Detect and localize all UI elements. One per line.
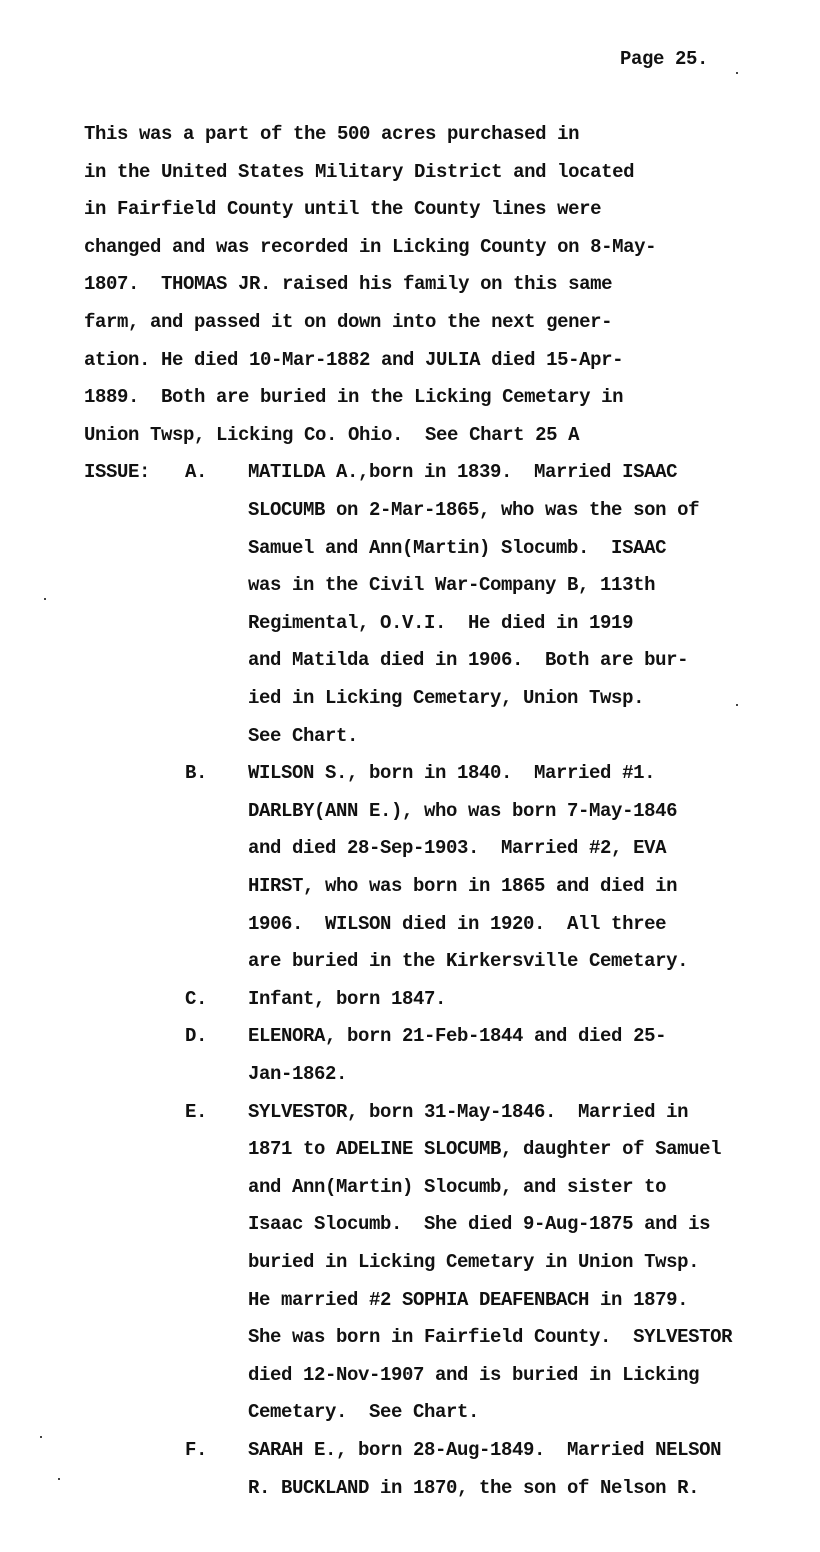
scan-speck — [736, 704, 738, 706]
issue-item-line: ELENORA, born 21-Feb-1844 and died 25- — [248, 1024, 666, 1048]
issue-item-line: Regimental, O.V.I. He died in 1919 — [248, 611, 633, 635]
issue-item-line: was in the Civil War-Company B, 113th — [248, 573, 655, 597]
scan-speck — [44, 598, 46, 600]
typewritten-page: Page 25. This was a part of the 500 acre… — [0, 0, 820, 1552]
issue-item-line: are buried in the Kirkersville Cemetary. — [248, 949, 688, 973]
issue-item-letter: C. — [185, 987, 207, 1011]
issue-item-line: Cemetary. See Chart. — [248, 1400, 479, 1424]
issue-item-line: Infant, born 1847. — [248, 987, 446, 1011]
issue-item-line: Samuel and Ann(Martin) Slocumb. ISAAC — [248, 536, 666, 560]
issue-item-line: 1906. WILSON died in 1920. All three — [248, 912, 666, 936]
issue-item-line: See Chart. — [248, 724, 358, 748]
issue-item-line: SLOCUMB on 2-Mar-1865, who was the son o… — [248, 498, 699, 522]
issue-item-line: ied in Licking Cemetary, Union Twsp. — [248, 686, 644, 710]
issue-item-line: MATILDA A.,born in 1839. Married ISAAC — [248, 460, 677, 484]
issue-item-letter: E. — [185, 1100, 207, 1124]
intro-line: farm, and passed it on down into the nex… — [84, 310, 612, 334]
issue-item-line: He married #2 SOPHIA DEAFENBACH in 1879. — [248, 1288, 688, 1312]
issue-item-line: buried in Licking Cemetary in Union Twsp… — [248, 1250, 699, 1274]
issue-item-line: and Ann(Martin) Slocumb, and sister to — [248, 1175, 666, 1199]
issue-item-line: SYLVESTOR, born 31-May-1846. Married in — [248, 1100, 688, 1124]
issue-item-letter: F. — [185, 1438, 207, 1462]
intro-line: 1807. THOMAS JR. raised his family on th… — [84, 272, 612, 296]
issue-item-line: 1871 to ADELINE SLOCUMB, daughter of Sam… — [248, 1137, 721, 1161]
issue-item-line: DARLBY(ANN E.), who was born 7-May-1846 — [248, 799, 677, 823]
scan-speck — [58, 1478, 60, 1480]
issue-item-letter: D. — [185, 1024, 207, 1048]
issue-item-line: and died 28-Sep-1903. Married #2, EVA — [248, 836, 666, 860]
issue-item-letter: B. — [185, 761, 207, 785]
issue-item-line: R. BUCKLAND in 1870, the son of Nelson R… — [248, 1476, 699, 1500]
intro-line: Union Twsp, Licking Co. Ohio. See Chart … — [84, 423, 579, 447]
scan-speck — [736, 72, 738, 74]
issue-label: ISSUE: — [84, 460, 150, 484]
issue-item-line: died 12-Nov-1907 and is buried in Lickin… — [248, 1363, 699, 1387]
issue-item-letter: A. — [185, 460, 207, 484]
issue-item-line: Jan-1862. — [248, 1062, 347, 1086]
intro-line: This was a part of the 500 acres purchas… — [84, 122, 579, 146]
issue-item-line: Isaac Slocumb. She died 9-Aug-1875 and i… — [248, 1212, 710, 1236]
intro-line: 1889. Both are buried in the Licking Cem… — [84, 385, 623, 409]
intro-line: in Fairfield County until the County lin… — [84, 197, 601, 221]
issue-item-line: She was born in Fairfield County. SYLVES… — [248, 1325, 732, 1349]
intro-line: changed and was recorded in Licking Coun… — [84, 235, 656, 259]
issue-item-line: HIRST, who was born in 1865 and died in — [248, 874, 677, 898]
page-number: Page 25. — [620, 48, 708, 70]
intro-line: ation. He died 10-Mar-1882 and JULIA die… — [84, 348, 623, 372]
issue-item-line: WILSON S., born in 1840. Married #1. — [248, 761, 655, 785]
issue-item-line: and Matilda died in 1906. Both are bur- — [248, 648, 688, 672]
scan-speck — [40, 1436, 42, 1438]
intro-line: in the United States Military District a… — [84, 160, 634, 184]
issue-item-line: SARAH E., born 28-Aug-1849. Married NELS… — [248, 1438, 721, 1462]
